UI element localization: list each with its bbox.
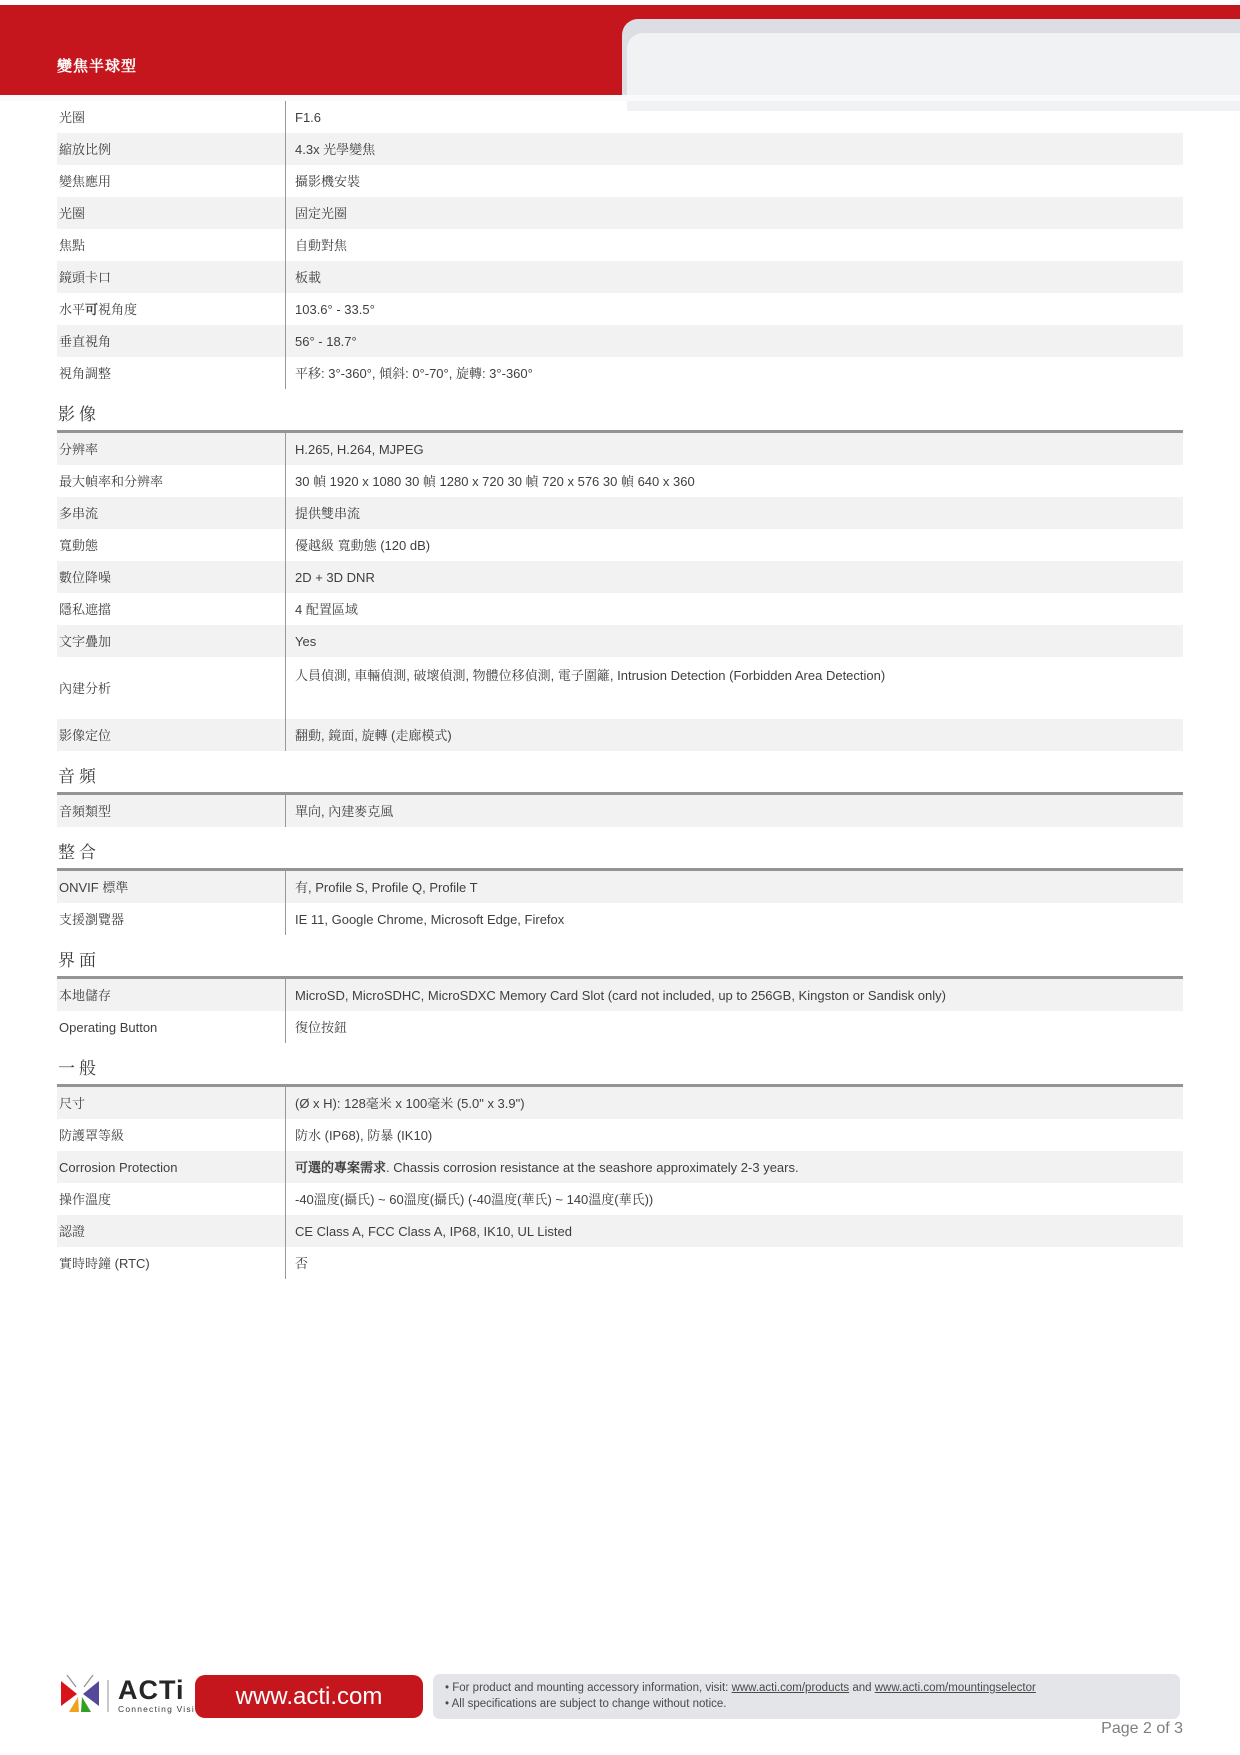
spec-label: 支援瀏覽器	[57, 903, 285, 935]
spec-value: IE 11, Google Chrome, Microsoft Edge, Fi…	[285, 903, 1183, 935]
footer-note-text: For product and mounting accessory infor…	[452, 1682, 731, 1694]
spec-value: 103.6° - 33.5°	[285, 293, 1183, 325]
table-row: Corrosion Protection可選的專案需求. Chassis cor…	[57, 1151, 1183, 1183]
spec-value: 否	[285, 1247, 1183, 1279]
spec-value: 30 幀 1920 x 1080 30 幀 1280 x 720 30 幀 72…	[285, 465, 1183, 497]
table-row: 最大幀率和分辨率30 幀 1920 x 1080 30 幀 1280 x 720…	[57, 465, 1183, 497]
section-title: 音頻	[57, 751, 1183, 795]
spec-label: Operating Button	[57, 1011, 285, 1043]
page-indicator: Page 2 of 3	[1101, 1720, 1183, 1738]
table-row: 水平可視角度103.6° - 33.5°	[57, 293, 1183, 325]
acti-logo: ACTi Connecting Vision	[60, 1672, 207, 1719]
spec-value: 防水 (IP68), 防暴 (IK10)	[285, 1119, 1183, 1151]
section-title: 一般	[57, 1043, 1183, 1087]
table-row: 變焦應用攝影機安裝	[57, 165, 1183, 197]
table-row: 光圈固定光圈	[57, 197, 1183, 229]
table-row: 焦點自動對焦	[57, 229, 1183, 261]
spec-value: 固定光圈	[285, 197, 1183, 229]
spec-label: 尺寸	[57, 1087, 285, 1119]
spec-label: 焦點	[57, 229, 285, 261]
spec-value: 單向, 內建麥克風	[285, 795, 1183, 827]
spec-value: MicroSD, MicroSDHC, MicroSDXC Memory Car…	[285, 979, 1183, 1011]
spec-table: 分辨率H.265, H.264, MJPEG最大幀率和分辨率30 幀 1920 …	[57, 433, 1183, 751]
spec-tables: 光圈F1.6縮放比例4.3x 光學變焦變焦應用攝影機安裝光圈固定光圈焦點自動對焦…	[57, 101, 1183, 1279]
table-row: 文字疊加Yes	[57, 625, 1183, 657]
table-row: Operating Button復位按鈕	[57, 1011, 1183, 1043]
footer-note: • For product and mounting accessory inf…	[445, 1680, 1168, 1696]
table-row: 光圈F1.6	[57, 101, 1183, 133]
spec-table: 音頻類型單向, 內建麥克風	[57, 795, 1183, 827]
brand-tagline: Connecting Vision	[118, 1704, 207, 1714]
spec-value: 平移: 3°-360°, 傾斜: 0°-70°, 旋轉: 3°-360°	[285, 357, 1183, 389]
table-row: 認證CE Class A, FCC Class A, IP68, IK10, U…	[57, 1215, 1183, 1247]
spec-label: 寬動態	[57, 529, 285, 561]
spec-table: 本地儲存MicroSD, MicroSDHC, MicroSDXC Memory…	[57, 979, 1183, 1043]
spec-value: CE Class A, FCC Class A, IP68, IK10, UL …	[285, 1215, 1183, 1247]
spec-label: 最大幀率和分辨率	[57, 465, 285, 497]
spec-label: 音頻類型	[57, 795, 285, 827]
table-row: 支援瀏覽器IE 11, Google Chrome, Microsoft Edg…	[57, 903, 1183, 935]
spec-value: 可選的專案需求. Chassis corrosion resistance at…	[285, 1151, 1183, 1183]
page-title: 變焦半球型	[57, 55, 137, 76]
spec-value: 自動對焦	[285, 229, 1183, 261]
spec-label: ONVIF 標準	[57, 871, 285, 903]
spec-label: 內建分析	[57, 657, 285, 719]
spec-value: 攝影機安裝	[285, 165, 1183, 197]
spec-label: 視角調整	[57, 357, 285, 389]
spec-label: 數位降噪	[57, 561, 285, 593]
table-row: 寬動態優越級 寬動態 (120 dB)	[57, 529, 1183, 561]
table-row: 數位降噪2D + 3D DNR	[57, 561, 1183, 593]
table-row: 實時時鐘 (RTC)否	[57, 1247, 1183, 1279]
spec-table: 光圈F1.6縮放比例4.3x 光學變焦變焦應用攝影機安裝光圈固定光圈焦點自動對焦…	[57, 101, 1183, 389]
spec-value: 提供雙串流	[285, 497, 1183, 529]
spec-table: 尺寸(Ø x H): 128毫米 x 100毫米 (5.0" x 3.9")防護…	[57, 1087, 1183, 1279]
spec-value: 2D + 3D DNR	[285, 561, 1183, 593]
table-row: 內建分析人員偵測, 車輛偵測, 破壞偵測, 物體位移偵測, 電子圍籬, Intr…	[57, 657, 1183, 719]
spec-label: 垂直視角	[57, 325, 285, 357]
spec-value: 翻動, 鏡面, 旋轉 (走廊模式)	[285, 719, 1183, 751]
table-row: 操作溫度-40溫度(攝氏) ~ 60溫度(攝氏) (-40溫度(華氏) ~ 14…	[57, 1183, 1183, 1215]
table-row: 多串流提供雙串流	[57, 497, 1183, 529]
spec-label: 光圈	[57, 101, 285, 133]
brand-name: ACTi	[118, 1677, 207, 1703]
spec-value: 人員偵測, 車輛偵測, 破壞偵測, 物體位移偵測, 電子圍籬, Intrusio…	[285, 657, 1183, 719]
spec-value: H.265, H.264, MJPEG	[285, 433, 1183, 465]
spec-label: 文字疊加	[57, 625, 285, 657]
spec-label: 本地儲存	[57, 979, 285, 1011]
spec-value: 復位按鈕	[285, 1011, 1183, 1043]
footer-note-text: and	[849, 1682, 875, 1694]
spec-label: 鏡頭卡口	[57, 261, 285, 293]
logo-divider	[107, 1680, 109, 1712]
spec-value: 4 配置區域	[285, 593, 1183, 625]
section-title: 界面	[57, 935, 1183, 979]
spec-label: 影像定位	[57, 719, 285, 751]
table-row: 尺寸(Ø x H): 128毫米 x 100毫米 (5.0" x 3.9")	[57, 1087, 1183, 1119]
spec-value: 56° - 18.7°	[285, 325, 1183, 357]
spec-value: Yes	[285, 625, 1183, 657]
spec-label: 認證	[57, 1215, 285, 1247]
spec-table: ONVIF 標準有, Profile S, Profile Q, Profile…	[57, 871, 1183, 935]
spec-label: 分辨率	[57, 433, 285, 465]
table-row: 本地儲存MicroSD, MicroSDHC, MicroSDXC Memory…	[57, 979, 1183, 1011]
section-title: 影像	[57, 389, 1183, 433]
spec-label: 實時時鐘 (RTC)	[57, 1247, 285, 1279]
table-row: 音頻類型單向, 內建麥克風	[57, 795, 1183, 827]
footer-notes-box: • For product and mounting accessory inf…	[433, 1674, 1180, 1719]
header-bar: 變焦半球型	[0, 0, 1240, 112]
website-button[interactable]: www.acti.com	[195, 1675, 423, 1718]
table-row: ONVIF 標準有, Profile S, Profile Q, Profile…	[57, 871, 1183, 903]
bullet-icon: •	[445, 1698, 452, 1710]
spec-label: 變焦應用	[57, 165, 285, 197]
table-row: 垂直視角56° - 18.7°	[57, 325, 1183, 357]
footer-note-text: All specifications are subject to change…	[452, 1698, 727, 1710]
spec-label: 操作溫度	[57, 1183, 285, 1215]
spec-value: -40溫度(攝氏) ~ 60溫度(攝氏) (-40溫度(華氏) ~ 140溫度(…	[285, 1183, 1183, 1215]
footer-link[interactable]: www.acti.com/mountingselector	[875, 1682, 1036, 1694]
spec-label: 光圈	[57, 197, 285, 229]
spec-value: 有, Profile S, Profile Q, Profile T	[285, 871, 1183, 903]
table-row: 防護罩等級防水 (IP68), 防暴 (IK10)	[57, 1119, 1183, 1151]
spec-label: 隱私遮擋	[57, 593, 285, 625]
table-row: 影像定位翻動, 鏡面, 旋轉 (走廊模式)	[57, 719, 1183, 751]
spec-value: (Ø x H): 128毫米 x 100毫米 (5.0" x 3.9")	[285, 1087, 1183, 1119]
table-row: 隱私遮擋4 配置區域	[57, 593, 1183, 625]
spec-value: 4.3x 光學變焦	[285, 133, 1183, 165]
footer-note: • All specifications are subject to chan…	[445, 1696, 1168, 1712]
table-row: 分辨率H.265, H.264, MJPEG	[57, 433, 1183, 465]
table-row: 鏡頭卡口板載	[57, 261, 1183, 293]
spec-label: 防護罩等級	[57, 1119, 285, 1151]
butterfly-logo-icon	[60, 1672, 100, 1719]
spec-label: 水平可視角度	[57, 293, 285, 325]
spec-label: Corrosion Protection	[57, 1151, 285, 1183]
spec-value: 板載	[285, 261, 1183, 293]
table-row: 視角調整平移: 3°-360°, 傾斜: 0°-70°, 旋轉: 3°-360°	[57, 357, 1183, 389]
table-row: 縮放比例4.3x 光學變焦	[57, 133, 1183, 165]
spec-label: 縮放比例	[57, 133, 285, 165]
spec-value: F1.6	[285, 101, 1183, 133]
section-title: 整合	[57, 827, 1183, 871]
spec-label: 多串流	[57, 497, 285, 529]
spec-value: 優越級 寬動態 (120 dB)	[285, 529, 1183, 561]
footer-link[interactable]: www.acti.com/products	[732, 1682, 850, 1694]
